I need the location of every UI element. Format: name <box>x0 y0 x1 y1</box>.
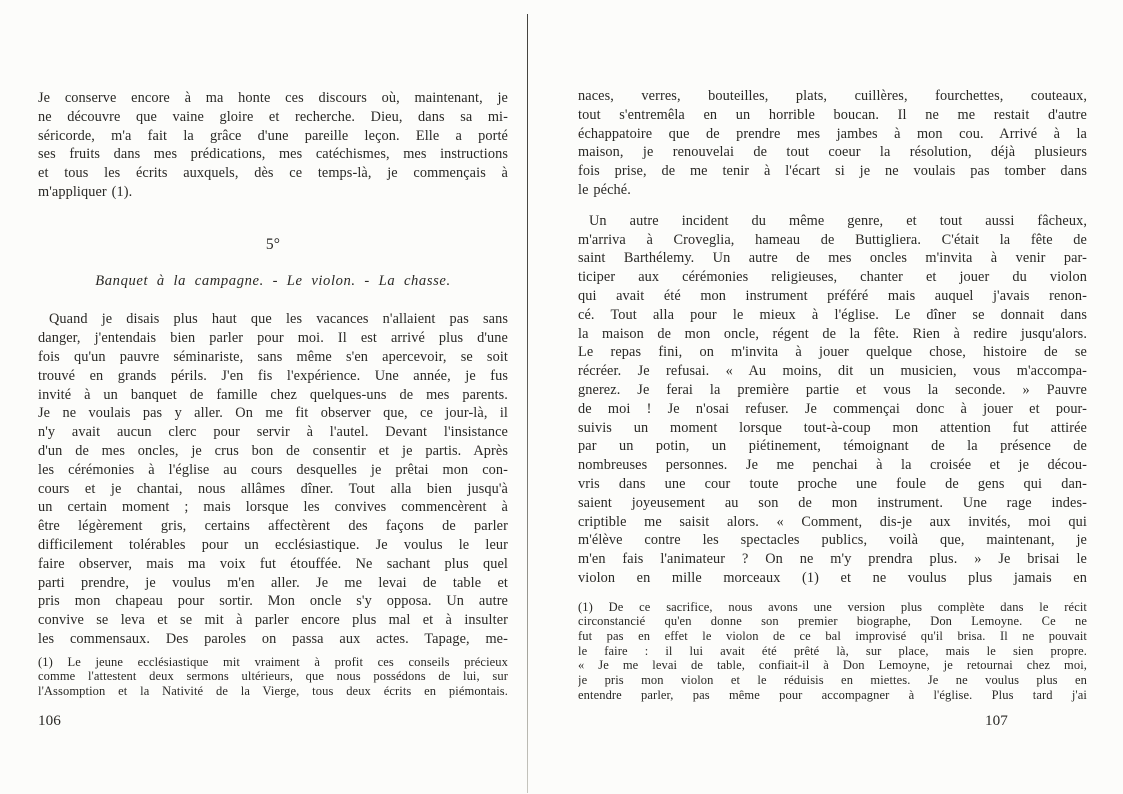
section-heading: 5° <box>38 236 508 255</box>
text-line: danger, j'entendais bien parler pour moi… <box>38 329 508 348</box>
text-line: m'en fais l'animateur ? On ne m'y prendr… <box>578 550 1087 569</box>
text-line: les cérémonies à l'église au cours desqu… <box>38 461 508 480</box>
text-line: m'appliquer (1). <box>38 183 508 202</box>
left-paragraph-body: Quand je disais plus haut que les vacanc… <box>38 310 508 648</box>
right-footnote: (1) De ce sacrifice, nous avons une vers… <box>578 600 1087 703</box>
text-line: trouvé en grands périls. J'en fis l'expé… <box>38 367 508 386</box>
right-paragraph-body: Un autre incident du même genre, et tout… <box>578 212 1087 588</box>
text-line: (1) De ce sacrifice, nous avons une vers… <box>578 600 1087 615</box>
text-line: circonstancié qu'en donne son premier bi… <box>578 614 1087 629</box>
text-line: être légèrement gris, certains affectère… <box>38 517 508 536</box>
text-line: récréer. Je refusai. « Au moins, dit un … <box>578 362 1087 381</box>
page-number-right: 107 <box>985 712 1008 730</box>
text-line: pris mon chapeau pour sortir. Mon oncle … <box>38 592 508 611</box>
text-line: Un autre incident du même genre, et tout… <box>578 212 1087 231</box>
text-line: « Je me levai de table, confiait-il à Do… <box>578 658 1087 673</box>
text-line: violon en mille morceaux (1) et ne voulu… <box>578 569 1087 588</box>
text-line: difficilement tolérables pour un ecclési… <box>38 536 508 555</box>
text-line: entendre parler, pas même pour accompagn… <box>578 688 1087 703</box>
text-line: le péché. <box>578 181 1087 200</box>
text-line: m'élève contre les spectacles publics, v… <box>578 531 1087 550</box>
text-line: ses fruits dans mes prédications, mes ca… <box>38 145 508 164</box>
text-line: séricorde, m'a fait la grâce d'une parei… <box>38 127 508 146</box>
text-line: l'Assomption et la Nativité de la Vierge… <box>38 684 508 699</box>
text-line: de moi ! Je n'osai refuser. Je commençai… <box>578 400 1087 419</box>
text-line: convive se leva et se mit à parler encor… <box>38 611 508 630</box>
text-line: par un potin, un piétinement, témoignant… <box>578 437 1087 456</box>
text-line: nombreuses personnes. Je me penchai à la… <box>578 456 1087 475</box>
text-line: et tous les écrits auxquels, dès ce temp… <box>38 164 508 183</box>
right-paragraph-continuation: naces, verres, bouteilles, plats, cuillè… <box>578 87 1087 200</box>
text-line: maison, je renouvelai de tout coeur la r… <box>578 143 1087 162</box>
text-line: Je ne voulais pas y aller. On me fit obs… <box>38 404 508 423</box>
text-line: Je conserve encore à ma honte ces discou… <box>38 89 508 108</box>
page-number-left: 106 <box>38 712 61 730</box>
text-line: faire observer, mais ma voix fut étouffé… <box>38 555 508 574</box>
text-line: comme l'attestent deux sermons ultérieur… <box>38 669 508 684</box>
text-line: la maison de mon oncle, régent de la fêt… <box>578 325 1087 344</box>
text-line: fois qu'un pauvre séminariste, sans même… <box>38 348 508 367</box>
text-line: invité à un banquet de famille chez quel… <box>38 386 508 405</box>
text-line: naces, verres, bouteilles, plats, cuillè… <box>578 87 1087 106</box>
text-line: qui avait été mon instrument préféré mai… <box>578 287 1087 306</box>
left-paragraph-continuation: Je conserve encore à ma honte ces discou… <box>38 89 508 202</box>
text-line: tout s'entremêla en un horrible boucan. … <box>578 106 1087 125</box>
section-subtitle: Banquet à la campagne. - Le violon. - La… <box>38 272 508 291</box>
page-gutter-divider <box>527 14 528 793</box>
text-line: m'arriva à Croveglia, hameau de Buttigli… <box>578 231 1087 250</box>
text-line: Quand je disais plus haut que les vacanc… <box>38 310 508 329</box>
right-page: naces, verres, bouteilles, plats, cuillè… <box>578 87 1087 703</box>
left-page: Je conserve encore à ma honte ces discou… <box>38 89 508 699</box>
text-line: suivis un moment lorsque tout-à-coup mon… <box>578 419 1087 438</box>
text-line: fut pas en effet le violon de ce bal imp… <box>578 629 1087 644</box>
text-line: ticiper aux cérémonies religieuses, chan… <box>578 268 1087 287</box>
text-line: gnerez. Je ferai la première partie et v… <box>578 381 1087 400</box>
text-line: les commensaux. Des paroles on passa aux… <box>38 630 508 649</box>
text-line: le faire : il lui avait été prêté là, su… <box>578 644 1087 659</box>
text-line: cé. Tout alla pour le mieux à l'église. … <box>578 306 1087 325</box>
text-line: cours et je chantai, nous allâmes dîner.… <box>38 480 508 499</box>
text-line: échappatoire que de prendre mes jambes à… <box>578 125 1087 144</box>
text-line: saint Barthélemy. Un autre de mes oncles… <box>578 249 1087 268</box>
text-line: criptible me saisit alors. « Comment, di… <box>578 513 1087 532</box>
text-line: ne découvre que vaine gloire et recherch… <box>38 108 508 127</box>
text-line: vris dans une cour toute proche une foul… <box>578 475 1087 494</box>
text-line: n'y avait aucun clerc pour servir à l'au… <box>38 423 508 442</box>
text-line: (1) Le jeune ecclésiastique mit vraiment… <box>38 655 508 670</box>
text-line: fois prise, de me tenir à l'écart si je … <box>578 162 1087 181</box>
text-line: d'un de mes oncles, je crus bon de conse… <box>38 442 508 461</box>
text-line: Le repas fini, on m'invita à jouer quelq… <box>578 343 1087 362</box>
text-line: parti prendre, je voulus m'en aller. Je … <box>38 574 508 593</box>
text-line: je pris mon violon et le réduisis en mie… <box>578 673 1087 688</box>
text-line: un certain moment ; mais lorsque les con… <box>38 498 508 517</box>
left-footnote: (1) Le jeune ecclésiastique mit vraiment… <box>38 655 508 699</box>
text-line: saient joyeusement au son de mon instrum… <box>578 494 1087 513</box>
